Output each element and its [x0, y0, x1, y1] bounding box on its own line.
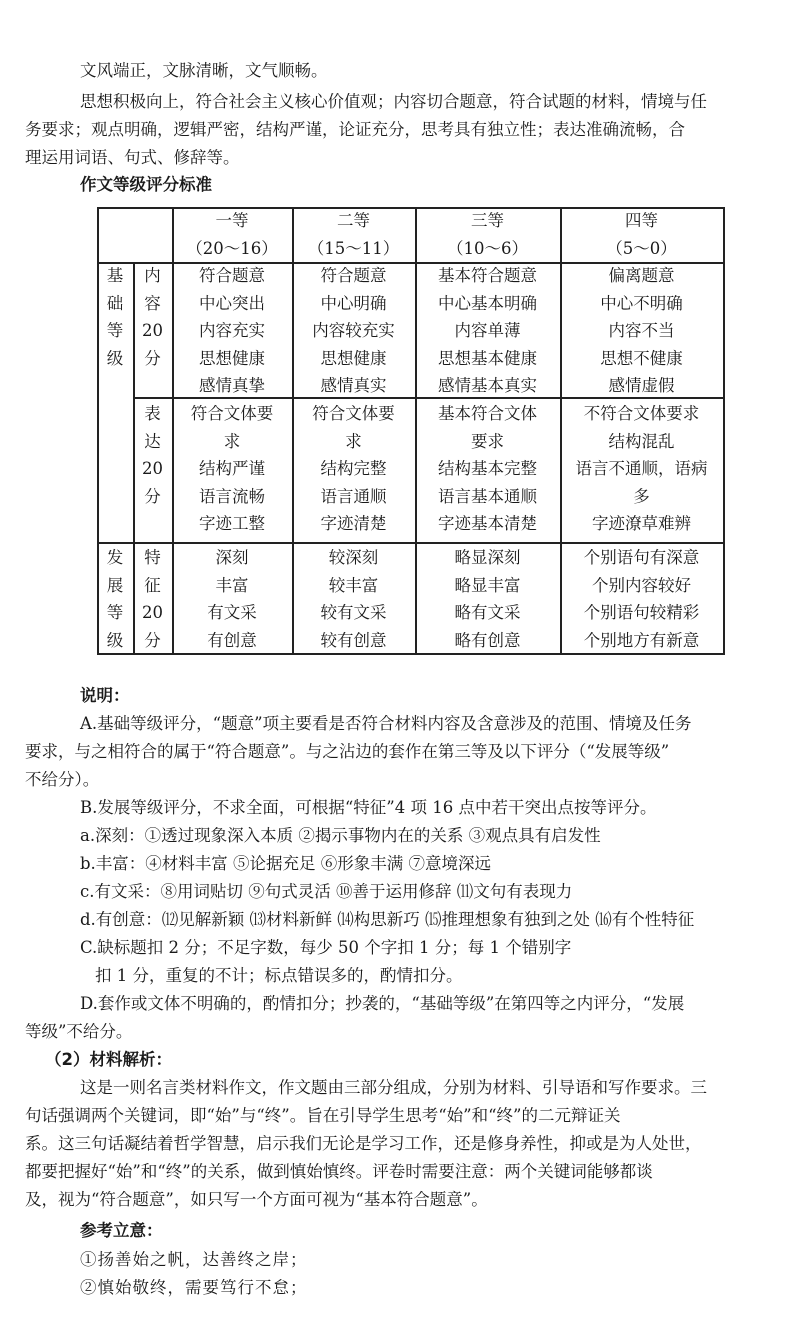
intro-line-1: 文风端正，文脉清晰，文气顺畅。 — [80, 61, 328, 81]
grading-table: 一等（20～16） 二等（15～11） 三等（10～6） 四等（5～0） 基础 … — [97, 207, 724, 655]
row-label-expression: 表达 20分 — [133, 400, 172, 510]
note-b-c: c.有文采：⑧用词贴切 ⑨句式灵活 ⑩善于运用修辞 ⑾文句有表现力 — [80, 882, 572, 902]
note-a-line-2: 要求，与之相符合的属于“符合题意”。与之沾边的套作在第三等及以下评分（“发展等级… — [25, 742, 669, 762]
group-label-development: 发展 等级 — [97, 544, 133, 654]
intro-para-line-2: 务要求；观点明确，逻辑严密，结构严谨，论证充分，思考具有独立性；表达准确流畅，合 — [25, 120, 685, 140]
cell-expression-grade-3: 基本符合文体要求 结构基本完整语言基本通顺 字迹基本清楚 — [415, 400, 560, 538]
intro-para-line-1: 思想积极向上，符合社会主义核心价值观；内容切合题意，符合试题的材料，情境与任 — [80, 92, 707, 112]
note-b: B.发展等级评分，不求全面，可根据“特征”4 项 16 点中若干突出点按等评分。 — [80, 798, 656, 818]
note-b-b: b.丰富：④材料丰富 ⑤论据充足 ⑥形象丰满 ⑦意境深远 — [80, 854, 491, 874]
header-grade-2: 二等（15～11） — [292, 207, 415, 262]
cell-features-grade-2: 较深刻较丰富 较有文采较有创意 — [292, 544, 415, 654]
header-grade-4: 四等（5～0） — [560, 207, 723, 262]
analysis-line-3: 系。这三句话凝结着哲学智慧，启示我们无论是学习工作，还是修身养性，抑或是为人处世… — [25, 1134, 702, 1154]
cell-content-grade-2: 符合题意中心明确 内容较充实思想健康 感情真实 — [292, 262, 415, 400]
note-c-line-1: C.缺标题扣 2 分；不足字数，每少 50 个字扣 1 分；每 1 个错别字 — [80, 938, 571, 958]
note-d-line-2: 等级”不给分。 — [25, 1022, 132, 1042]
analysis-line-2: 句话强调两个关键词，即“始”与“终”。旨在引导学生思考“始”和“终”的二元辩证关 — [25, 1106, 620, 1126]
analysis-line-4: 都要把握好“始”和“终”的关系，做到慎始慎终。评卷时需要注意：两个关键词能够都谈 — [25, 1162, 653, 1182]
header-grade-1: 一等（20～16） — [172, 207, 292, 262]
cell-expression-grade-2: 符合文体要求 结构完整语言通顺 字迹清楚 — [292, 400, 415, 538]
note-d-line-1: D.套作或文体不明确的，酌情扣分；抄袭的，“基础等级”在第四等之内评分，“发展 — [80, 994, 684, 1014]
intro-para-line-3: 理运用词语、句式、修辞等。 — [25, 148, 240, 168]
reference-item-1: ①扬善始之帆，达善终之岸； — [80, 1250, 308, 1270]
cell-content-grade-1: 符合题意中心突出 内容充实思想健康 感情真挚 — [172, 262, 292, 400]
note-a-line-1: A.基础等级评分，“题意”项主要看是否符合材料内容及含意涉及的范围、情境及任务 — [80, 714, 692, 734]
cell-features-grade-1: 深刻丰富 有文采有创意 — [172, 544, 292, 654]
analysis-line-5: 及，视为“符合题意”，如只写一个方面可视为“基本符合题意”。 — [25, 1190, 488, 1210]
group-label-basic: 基础 等级 — [97, 262, 133, 372]
cell-features-grade-4: 个别语句有深意个别内容较好 个别语句较精彩个别地方有新意 — [560, 544, 723, 654]
note-c-line-2: 扣 1 分，重复的不计；标点错误多的，酌情扣分。 — [95, 966, 463, 986]
analysis-line-1: 这是一则名言类材料作文，作文题由三部分组成，分别为材料、引导语和写作要求。三 — [80, 1078, 707, 1098]
cell-expression-grade-1: 符合文体要求 结构严谨语言流畅 字迹工整 — [172, 400, 292, 538]
cell-expression-grade-4: 不符合文体要求结构混乱 语言不通顺，语病多 字迹潦草难辨 — [560, 400, 723, 538]
analysis-title: （2）材料解析： — [45, 1050, 172, 1070]
cell-content-grade-4: 偏离题意中心不明确 内容不当思想不健康 感情虚假 — [560, 262, 723, 400]
table-title: 作文等级评分标准 — [80, 175, 212, 195]
cell-content-grade-3: 基本符合题意中心基本明确 内容单薄思想基本健康 感情基本真实 — [415, 262, 560, 400]
cell-features-grade-3: 略显深刻略显丰富 略有文采略有创意 — [415, 544, 560, 654]
notes-title: 说明： — [80, 686, 130, 706]
note-b-a: a.深刻：①透过现象深入本质 ②揭示事物内在的关系 ③观点具有启发性 — [80, 826, 601, 846]
row-label-features: 特征 20分 — [133, 544, 172, 654]
row-label-content: 内容 20分 — [133, 262, 172, 372]
reference-item-2: ②慎始敬终，需要笃行不怠； — [80, 1278, 308, 1298]
note-b-d: d.有创意：⑿见解新颖 ⒀材料新鲜 ⒁构思新巧 ⒂推理想象有独到之处 ⒃有个性特… — [80, 910, 694, 930]
reference-title: 参考立意： — [80, 1221, 163, 1241]
header-grade-3: 三等（10～6） — [415, 207, 560, 262]
note-a-line-3: 不给分）。 — [25, 770, 99, 790]
